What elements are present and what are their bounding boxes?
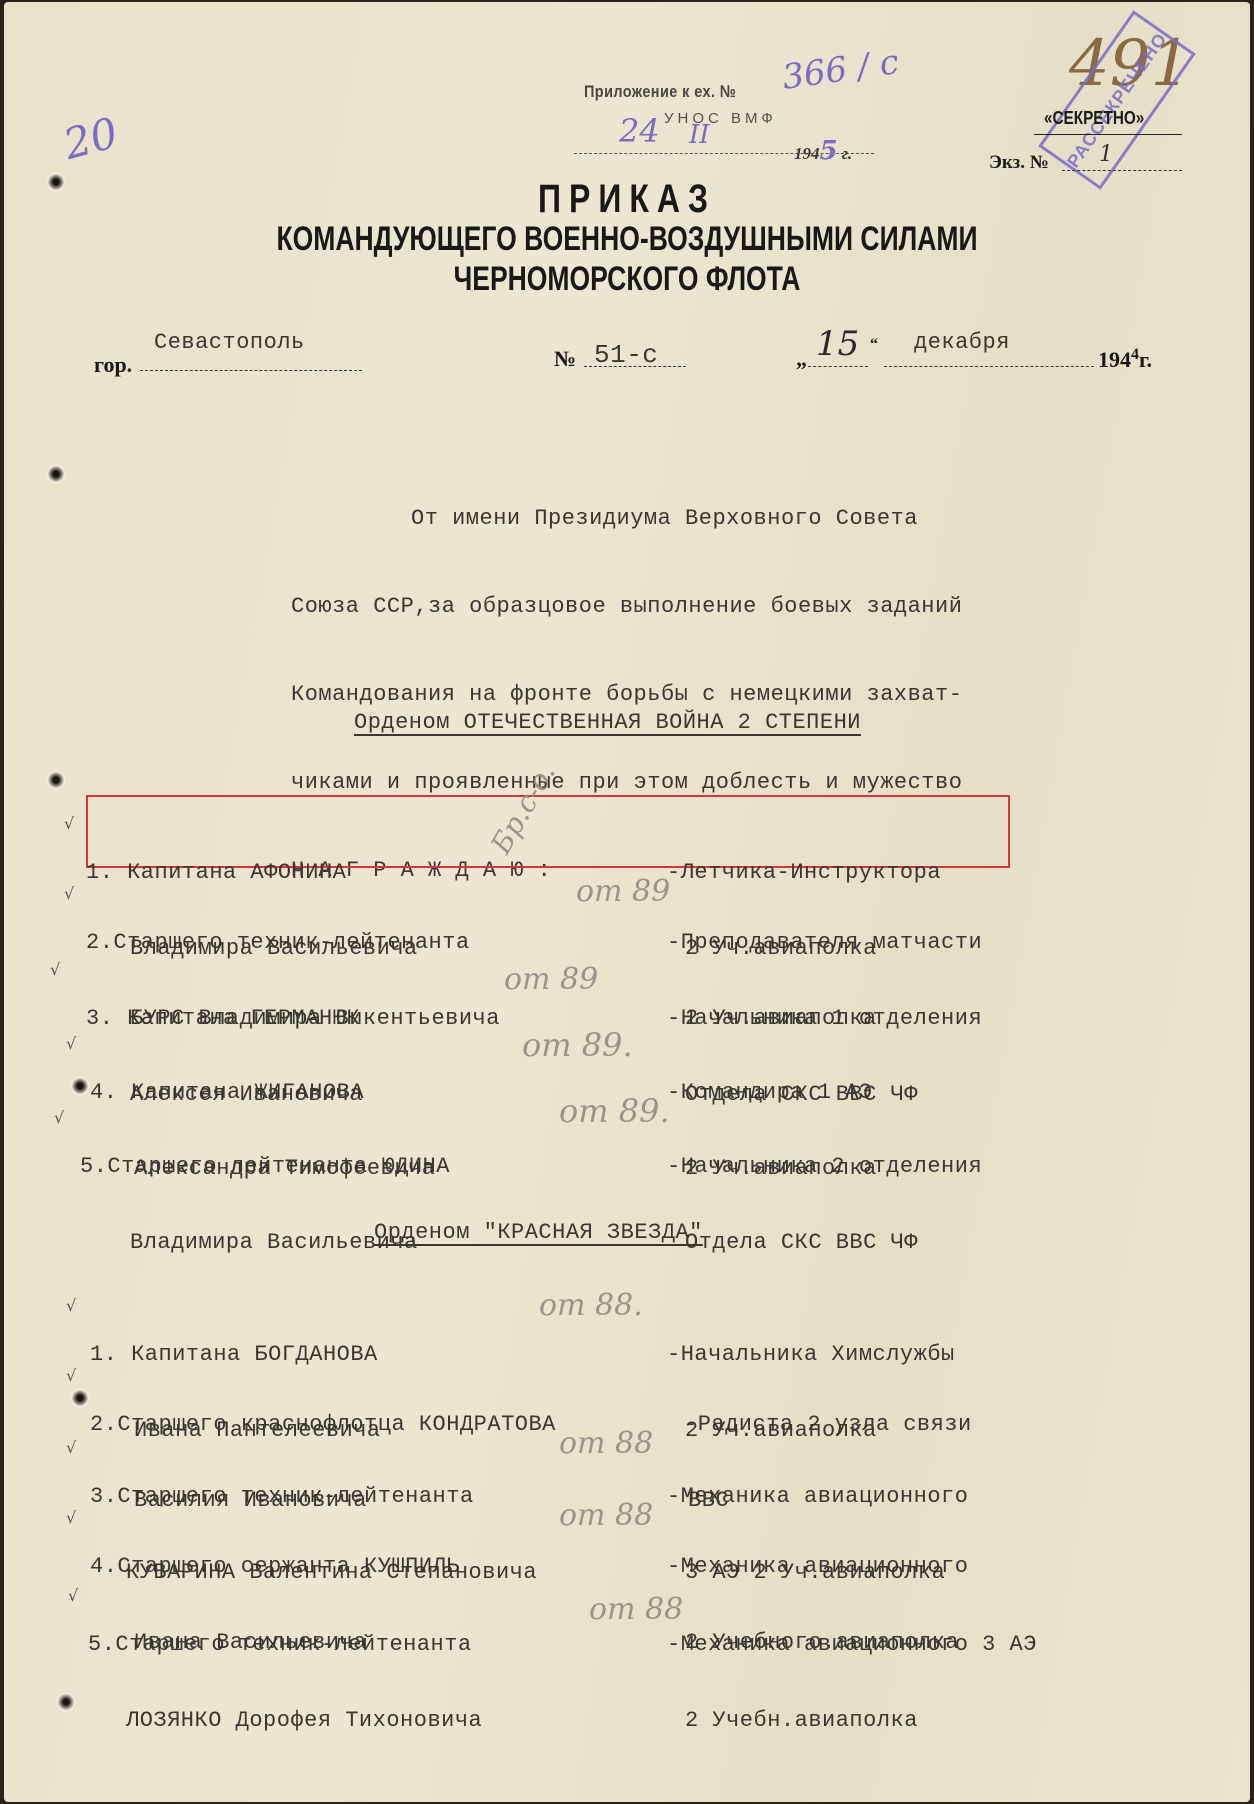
pencil-note: от 89 (576, 874, 670, 909)
month-line (884, 366, 1094, 367)
punch-hole (56, 1692, 76, 1712)
appendix-stamp: Приложение к ех. № (584, 82, 736, 102)
date-close-quote: “ (870, 336, 878, 354)
stamp-date-year: 1945 г. (794, 136, 852, 166)
classification-label: «СЕКРЕТНО» (1044, 108, 1144, 129)
city-value: Севастополь (154, 330, 305, 355)
checkmark: √ (66, 1296, 76, 1315)
city-line (140, 370, 362, 371)
checkmark: √ (50, 960, 60, 979)
order-number-label: № (554, 346, 576, 372)
pencil-note: от 89 (504, 962, 598, 997)
checkmark: √ (68, 1586, 78, 1605)
award-entry-position: -Начальника 2 отделения Отдела СКС ВВС Ч… (667, 1104, 982, 1306)
city-label: гор. (94, 352, 132, 378)
classification-underline (1034, 134, 1182, 135)
copy-number: 1 (1099, 142, 1113, 167)
punch-hole (46, 464, 66, 484)
checkmark: √ (66, 1438, 76, 1457)
stamp-date-month: II (689, 120, 710, 150)
pencil-note: от 88 (559, 1498, 653, 1533)
checkmark: √ (64, 814, 74, 833)
award-entry: 5.Старшего техник-лейтенанта ЛОЗЯНКО Дор… (88, 1582, 482, 1784)
pencil-note: от 88 (559, 1426, 653, 1461)
checkmark: √ (66, 1034, 76, 1053)
document-subtitle-2: ЧЕРНОМОРСКОГО ФЛОТА (141, 260, 1113, 299)
punch-hole (70, 1388, 90, 1408)
section-heading-red-star: Орденом "КРАСНАЯ ЗВЕЗДА" (374, 1220, 703, 1245)
year: 1944г. (1098, 346, 1152, 373)
document-page: 20 Приложение к ех. № 366 / с УНОС ВМФ 2… (4, 2, 1250, 1802)
pencil-note: от 89. (559, 1092, 670, 1130)
preamble-line: От имени Президиума Верховного Совета (291, 500, 1171, 538)
section-heading-patriotic-war: Орденом ОТЕЧЕСТВЕННАЯ ВОЙНА 2 СТЕПЕНИ (354, 710, 861, 735)
unos-stamp: УНОС ВМФ (664, 110, 777, 127)
document-subtitle-1: КОМАНДУЮЩЕГО ВОЕННО-ВОЗДУШНЫМИ СИЛАМИ (141, 220, 1113, 259)
award-entry: 5.Старшего лейтенанта ЮДИНА Владимира Ва… (80, 1104, 450, 1306)
checkmark: √ (66, 1366, 76, 1385)
award-entry-position: -Механика авиационного 3 АЭ 2 Учебн.авиа… (667, 1582, 1037, 1784)
appendix-number-handwritten: 366 / с (780, 42, 901, 98)
copy-number-label: Экз. № (989, 152, 1049, 174)
punch-hole (46, 770, 66, 790)
date-open-quote: „ (796, 346, 807, 372)
day-value: 15 (816, 324, 859, 364)
day-line (808, 366, 868, 367)
punch-hole (46, 172, 66, 192)
preamble-line: Союза ССР,за образцовое выполнение боевы… (291, 588, 1171, 626)
copy-number-line (1062, 170, 1182, 171)
checkmark: √ (54, 1108, 64, 1127)
pencil-note: от 89. (522, 1026, 633, 1064)
preamble-line: Командования на фронте борьбы с немецким… (291, 676, 1171, 714)
stamp-date-day: 24 (619, 112, 660, 150)
month-value: декабря (914, 330, 1010, 355)
page-number-handwritten: 20 (59, 108, 123, 169)
checkmark: √ (64, 884, 74, 903)
document-title: ПРИКАЗ (129, 177, 1126, 222)
pencil-note: от 88. (539, 1288, 643, 1323)
checkmark: √ (66, 1508, 76, 1527)
order-number: 51-с (594, 340, 658, 370)
